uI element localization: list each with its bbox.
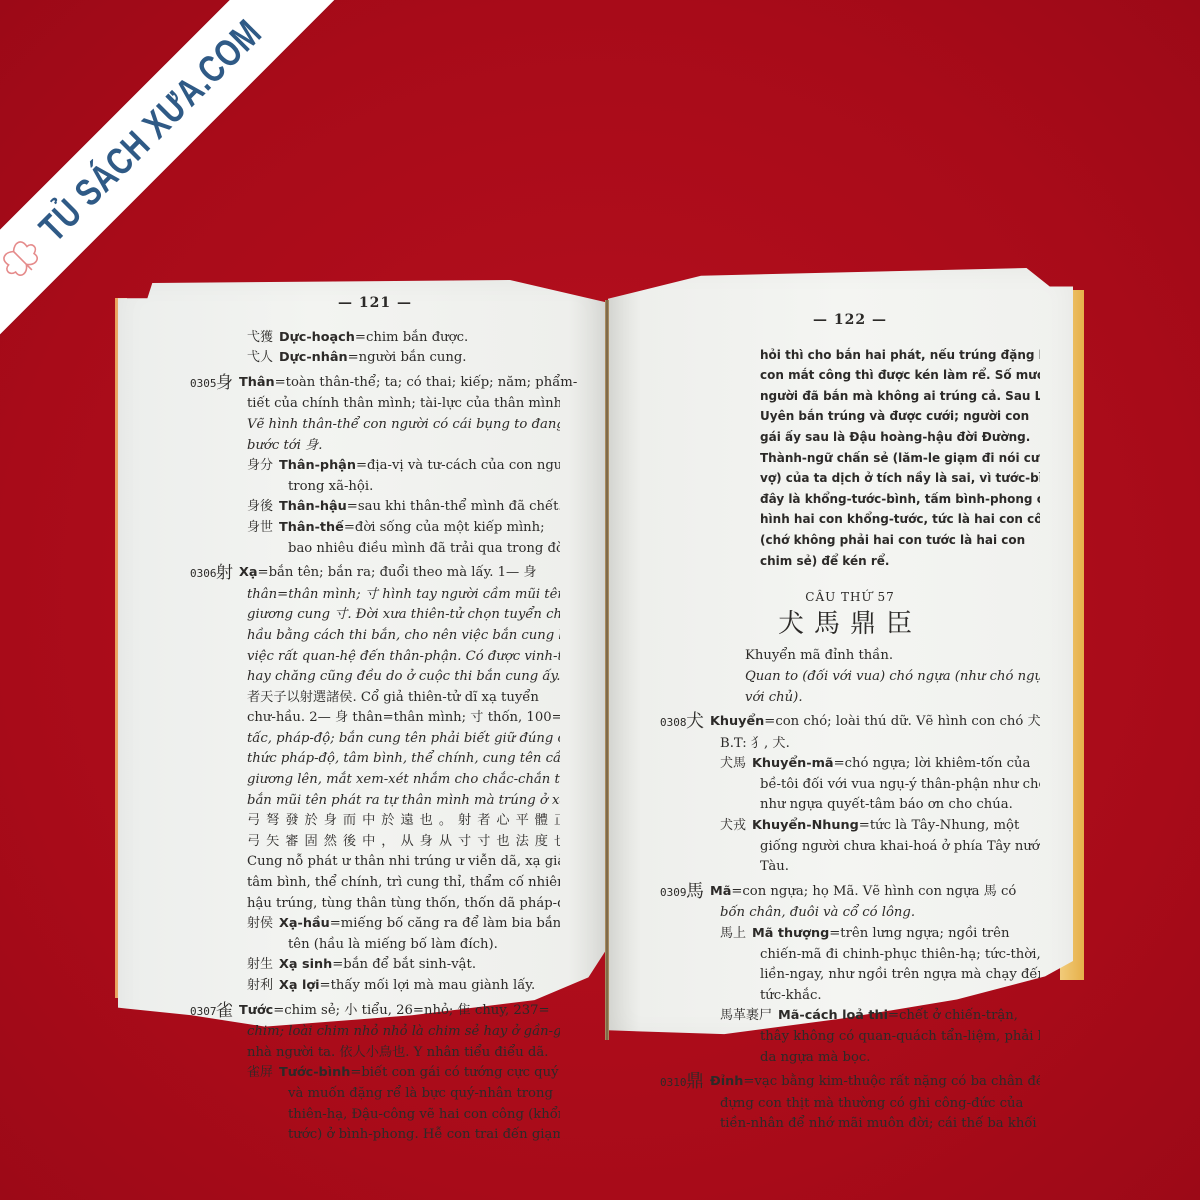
entry-number: 0305 <box>190 373 216 395</box>
sub-entry: 射侯Xạ-hầu=miếng bố căng ra để làm bia bắn <box>190 914 560 935</box>
entry-text: đây là khổng-tước-bình, tấm bình-phong c… <box>760 489 1040 510</box>
entry-character: 犬 <box>686 712 704 734</box>
sub-entry: 身分Thân-phận=địa-vị và tư-cách của con ng… <box>190 456 560 477</box>
entry-text: 者天子以射選諸侯. Cổ giả thiên-tử dĩ xạ tuyển <box>190 688 560 709</box>
entry-text: da ngựa mà bọc. <box>660 1048 1040 1069</box>
entry-text: bao nhiêu điều mình đã trải qua trong đờ… <box>190 539 560 560</box>
entry-text: chiến-mã đi chinh-phục thiên-hạ; tức-thờ… <box>660 945 1040 966</box>
entry-text: con mắt công thì được kén làm rể. Số mươ… <box>760 365 1040 386</box>
entry-text: chim sẻ) để kén rể. <box>760 551 1040 572</box>
entry-text: Tàu. <box>660 857 1040 878</box>
entry-text: bước tới 身. <box>190 436 560 457</box>
entry-text: chư-hầu. 2— 身 thân=thân mình; 寸 thốn, 10… <box>190 708 560 729</box>
entry-number: 0308 <box>660 712 686 734</box>
entry-character: 身 <box>216 373 233 395</box>
entry-text: giương lên, mắt xem-xét nhắm cho chắc-ch… <box>190 770 560 791</box>
entry-text: 弓弩發於身而中於遠也。射者心平體正持 <box>190 811 560 832</box>
section-reading: Khuyển mã đỉnh thần. <box>745 646 1040 667</box>
sub-entry: 弋人Dực-nhân=người bắn cung. <box>190 348 560 369</box>
entry-character: 鼎 <box>686 1072 704 1094</box>
sub-entry: 身世Thân-thế=đời sống của một kiếp mình; <box>190 518 560 539</box>
right-page-text: — 122 — hỏi thì cho bắn hai phát, nếu tr… <box>660 310 1040 1135</box>
entry-text: gái ấy sau là Đậu hoàng-hậu đời Đường. <box>760 427 1040 448</box>
book-spine <box>605 300 609 1040</box>
entry-text: hầu bằng cách thi bắn, cho nên việc bắn … <box>190 626 560 647</box>
entry-text: giống người chưa khai-hoá ở phía Tây nướ… <box>660 837 1040 858</box>
dictionary-entry: 0307 雀 Tước=chim sẻ; 小 tiểu, 26=nhỏ; 隹 c… <box>190 1001 560 1023</box>
dictionary-entry: 0306 射 Xạ=bắn tên; bắn ra; đuổi theo mà … <box>190 563 560 585</box>
sub-entry: 雀屏Tước-bình=biết con gái có tướng cực qu… <box>190 1063 560 1084</box>
entry-text: Vẽ hình thân-thể con người có cái bụng t… <box>190 415 560 436</box>
sub-entry: 犬戎Khuyển-Nhung=tức là Tây-Nhung, một <box>660 816 1040 837</box>
entry-text: thức pháp-độ, tâm bình, thể chính, cung … <box>190 749 560 770</box>
entry-number: 0307 <box>190 1001 216 1023</box>
entry-text: tâm bình, thể chính, trì cung thỉ, thẩm … <box>190 873 560 894</box>
entry-number: 0310 <box>660 1072 686 1094</box>
entry-text: tức-khắc. <box>660 986 1040 1007</box>
entry-text: Thành-ngữ chấn sẻ (lăm-le giạm đi nói cư… <box>760 448 1040 469</box>
sub-entry: 犬馬Khuyển-mã=chó ngựa; lời khiêm-tốn của <box>660 754 1040 775</box>
sub-entry: 射生Xạ sinh=bắn để bắt sinh-vật. <box>190 955 560 976</box>
entry-text: bề-tôi đối với vua ngụ-ý thân-phận như c… <box>660 775 1040 796</box>
entry-text: hậu trúng, tùng thân tùng thốn, thốn dã … <box>190 894 560 915</box>
entry-text: tước) ở bình-phong. Hễ con trai đến giạm <box>190 1125 560 1146</box>
sub-entry: 馬上Mã thượng=trên lưng ngựa; ngồi trên <box>660 924 1040 945</box>
entry-text: đựng con thịt mà thường có ghi công-đức … <box>660 1094 1040 1115</box>
entry-text: tên (hầu là miếng bố làm đích). <box>190 935 560 956</box>
entry-text: bắn mũi tên phát ra tự thân mình mà trún… <box>190 791 560 812</box>
entry-text: (chớ không phải hai con tước là hai con <box>760 530 1040 551</box>
entry-text: hình hai con khổng-tước, tức là hai con … <box>760 509 1040 530</box>
section-meaning: Quan to (đối với vua) chó ngựa (như chó … <box>745 667 1040 688</box>
section-meaning: với chủ). <box>745 688 1040 709</box>
entry-text: trong xã-hội. <box>190 477 560 498</box>
entry-text: hay chăng cũng đều do ở cuộc thi bắn cun… <box>190 667 560 688</box>
entry-text: vợ) của ta dịch ở tích nầy là sai, vì tư… <box>760 468 1040 489</box>
dictionary-entry: 0310 鼎 Đỉnh=vạc bằng kim-thuộc rất nặng … <box>660 1072 1040 1094</box>
entry-text: thây không có quan-quách tẩn-liệm, phải … <box>660 1027 1040 1048</box>
entry-text: hỏi thì cho bắn hai phát, nếu trúng đặng… <box>760 345 1040 366</box>
entry-text: chim; loài chim nhỏ nhỏ là chim sẻ hay ở… <box>190 1022 560 1043</box>
section-heading-characters: 犬馬鼎臣 <box>660 614 1040 635</box>
entry-text: người đã bắn mà không ai trúng cả. Sau L… <box>760 386 1040 407</box>
section-title: CÂU THỨ 57 <box>660 587 1040 608</box>
entry-text: Cung nỗ phát ư thân nhi trúng ư viễn dã,… <box>190 852 560 873</box>
entry-text: tấc, pháp-độ; bắn cung tên phải biết giữ… <box>190 729 560 750</box>
entry-text: bốn chân, đuôi và cổ có lông. <box>660 903 1040 924</box>
entry-text: 弓矢審固然後中，从身从寸寸也法度也。 <box>190 832 560 853</box>
sub-entry: 身後Thân-hậu=sau khi thân-thể mình đã chết… <box>190 497 560 518</box>
entry-character: 雀 <box>216 1001 233 1023</box>
entry-text: và muốn đặng rể là bực quý-nhân trong <box>190 1084 560 1105</box>
entry-character: 射 <box>216 563 233 585</box>
entry-text: thân=thân mình; 寸 hình tay người cầm mũi… <box>190 585 560 606</box>
entry-text: việc rất quan-hệ đến thân-phận. Có được … <box>190 647 560 668</box>
entry-text: tiền-nhân để nhớ mãi muôn đời; cái thế b… <box>660 1114 1040 1135</box>
entry-number: 0306 <box>190 563 216 585</box>
dictionary-entry: 0308 犬 Khuyển=con chó; loài thú dữ. Vẽ h… <box>660 712 1040 734</box>
entry-text: tiết của chính thân mình; tài-lực của th… <box>190 394 560 415</box>
dictionary-entry: 0305 身 Thân=toàn thân-thể; ta; có thai; … <box>190 373 560 395</box>
entry-text: nhà người ta. 依人小鳥也. Y nhân tiểu điểu dã… <box>190 1043 560 1064</box>
sub-entry: 弋獲Dực-hoạch=chim bắn được. <box>190 328 560 349</box>
sub-entry: 射利Xạ lợi=thấy mối lợi mà mau giành lấy. <box>190 976 560 997</box>
sub-entry: 馬革裹尸Mã-cách loả thi=chết ở chiến-trận, <box>660 1006 1040 1027</box>
entry-text: giương cung 寸. Đời xưa thiên-tử chọn tuy… <box>190 605 560 626</box>
dictionary-entry: 0309 馬 Mã=con ngựa; họ Mã. Vẽ hình con n… <box>660 882 1040 904</box>
page-number-left: — 121 — <box>190 293 560 314</box>
left-page-text: — 121 — 弋獲Dực-hoạch=chim bắn được. 弋人Dực… <box>190 293 560 1146</box>
entry-text: Uyên bắn trúng và được cưới; người con <box>760 406 1040 427</box>
entry-number: 0309 <box>660 882 686 904</box>
entry-character: 馬 <box>686 882 704 904</box>
entry-text: B.T: 犭, 犬. <box>660 734 1040 755</box>
page-number-right: — 122 — <box>660 310 1040 331</box>
entry-text: thiên-hạ, Đậu-công vẽ hai con công (khổn… <box>190 1105 560 1126</box>
entry-text: như ngựa quyết-tâm báo ơn cho chúa. <box>660 795 1040 816</box>
entry-text: liền-ngay, như ngồi trên ngựa mà chạy đế… <box>660 965 1040 986</box>
open-book: — 121 — 弋獲Dực-hoạch=chim bắn được. 弋人Dực… <box>0 0 1200 1200</box>
